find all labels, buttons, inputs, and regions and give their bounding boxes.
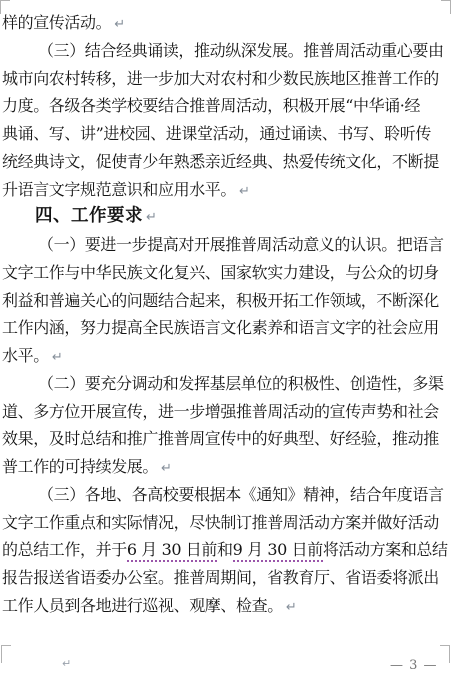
document-line: 工作内涵，努力提高全民族语言文化素养和语言文字的社会应用 — [2, 314, 449, 342]
text-run: 水平。 — [2, 346, 49, 365]
date-underlined-text: 6 月 30 日前 — [127, 540, 217, 562]
text-run: 统经典诗文，促使青少年熟悉亲近经典、热爱传统文化，不断提 — [2, 152, 439, 171]
document-line: 报告报送省语委办公室。推普周期间，省教育厅、省语委将派出 — [2, 564, 449, 592]
document-line: 城市向农村转移，进一步加大对农村和少数民族地区推普工作的 — [2, 65, 449, 93]
empty-paragraph-mark-icon: ↵ — [62, 657, 71, 670]
document-line: 效果，及时总结和推广推普周宣传中的好典型、好经验，推动推 — [2, 425, 449, 453]
text-run: 和 — [217, 540, 233, 559]
document-line: 统经典诗文，促使青少年熟悉亲近经典、热爱传统文化，不断提 — [2, 148, 449, 176]
text-run: 力度。各级各类学校要结合推普周活动，积极开展“中华诵·经 — [2, 96, 420, 115]
page-number: — 3 — — [390, 658, 438, 673]
document-line: 升语言文字规范意识和应用水平。↵ — [2, 176, 449, 204]
crop-mark-bottom-left-icon — [1, 645, 11, 663]
text-run: （一）要进一步提高对开展推普周活动意义的认识。把语言 — [38, 235, 444, 254]
text-run: 典诵、写、讲”进校园、进课堂活动，通过诵读、书写、聆听传 — [2, 124, 431, 143]
section-heading: 四、工作要求↵ — [2, 203, 449, 231]
text-run: 利益和普遍关心的问题结合起来，积极开拓工作领域，不断深化 — [2, 291, 439, 310]
text-run: （三）各地、各高校要根据本《通知》精神，结合年度语言 — [38, 485, 444, 504]
document-line: 力度。各级各类学校要结合推普周活动，积极开展“中华诵·经 — [2, 92, 449, 120]
date-underlined-text: 9 月 30 日前 — [233, 540, 323, 562]
text-run: 升语言文字规范意识和应用水平。 — [2, 180, 236, 199]
document-line: （三）各地、各高校要根据本《通知》精神，结合年度语言 — [2, 481, 449, 509]
document-line: 普工作的可持续发展。↵ — [2, 453, 449, 481]
text-run: 文字工作与中华民族文化复兴、国家软实力建设，与公众的切身 — [2, 263, 439, 282]
text-run: 工作内涵，努力提高全民族语言文化素养和语言文字的社会应用 — [2, 318, 439, 337]
text-run: 的总结工作，并于 — [2, 540, 127, 559]
crop-mark-bottom-right-icon — [440, 645, 450, 663]
document-body: 样的宣传活动。↵（三）结合经典诵读，推动纵深发展。推普周活动重心要由城市向农村转… — [2, 9, 449, 620]
text-run: 道、多方位开展宣传，进一步增强推普周活动的宣传声势和社会 — [2, 402, 439, 421]
paragraph-mark-icon: ↵ — [236, 184, 250, 199]
paragraph-mark-icon: ↵ — [111, 17, 125, 32]
document-line: 样的宣传活动。↵ — [2, 9, 449, 37]
text-run: 样的宣传活动。 — [2, 13, 111, 32]
document-line: 文字工作重点和实际情况，尽快制订推普周活动方案并做好活动 — [2, 509, 449, 537]
text-run: （三）结合经典诵读，推动纵深发展。推普周活动重心要由 — [38, 41, 444, 60]
text-run: 将活动方案和总结 — [323, 540, 448, 559]
text-run: 普工作的可持续发展。 — [2, 457, 158, 476]
paragraph-mark-icon: ↵ — [158, 461, 172, 476]
text-run: 文字工作重点和实际情况，尽快制订推普周活动方案并做好活动 — [2, 513, 439, 532]
text-run: 效果，及时总结和推广推普周宣传中的好典型、好经验，推动推 — [2, 429, 439, 448]
text-run: 四、工作要求 — [35, 206, 143, 226]
text-run: （二）要充分调动和发挥基层单位的积极性、创造性，多渠 — [38, 374, 444, 393]
document-line: 典诵、写、讲”进校园、进课堂活动，通过诵读、书写、聆听传 — [2, 120, 449, 148]
document-line: 水平。↵ — [2, 342, 449, 370]
paragraph-mark-icon: ↵ — [143, 210, 157, 225]
document-line: 文字工作与中华民族文化复兴、国家软实力建设，与公众的切身 — [2, 259, 449, 287]
text-run: 报告报送省语委办公室。推普周期间，省教育厅、省语委将派出 — [2, 568, 439, 587]
document-line: （二）要充分调动和发挥基层单位的积极性、创造性，多渠 — [2, 370, 449, 398]
document-line: 道、多方位开展宣传，进一步增强推普周活动的宣传声势和社会 — [2, 398, 449, 426]
document-line: （三）结合经典诵读，推动纵深发展。推普周活动重心要由 — [2, 37, 449, 65]
document-line: 利益和普遍关心的问题结合起来，积极开拓工作领域，不断深化 — [2, 287, 449, 315]
document-line: （一）要进一步提高对开展推普周活动意义的认识。把语言 — [2, 231, 449, 259]
text-run: 城市向农村转移，进一步加大对农村和少数民族地区推普工作的 — [2, 69, 439, 88]
paragraph-mark-icon: ↵ — [49, 350, 63, 365]
document-line: 工作人员到各地进行巡视、观摩、检查。↵ — [2, 592, 449, 620]
text-run: 工作人员到各地进行巡视、观摩、检查。 — [2, 596, 283, 615]
paragraph-mark-icon: ↵ — [283, 600, 297, 615]
document-line: 的总结工作，并于6 月 30 日前和9 月 30 日前将活动方案和总结 — [2, 536, 449, 564]
document-page: 样的宣传活动。↵（三）结合经典诵读，推动纵深发展。推普周活动重心要由城市向农村转… — [0, 0, 451, 677]
